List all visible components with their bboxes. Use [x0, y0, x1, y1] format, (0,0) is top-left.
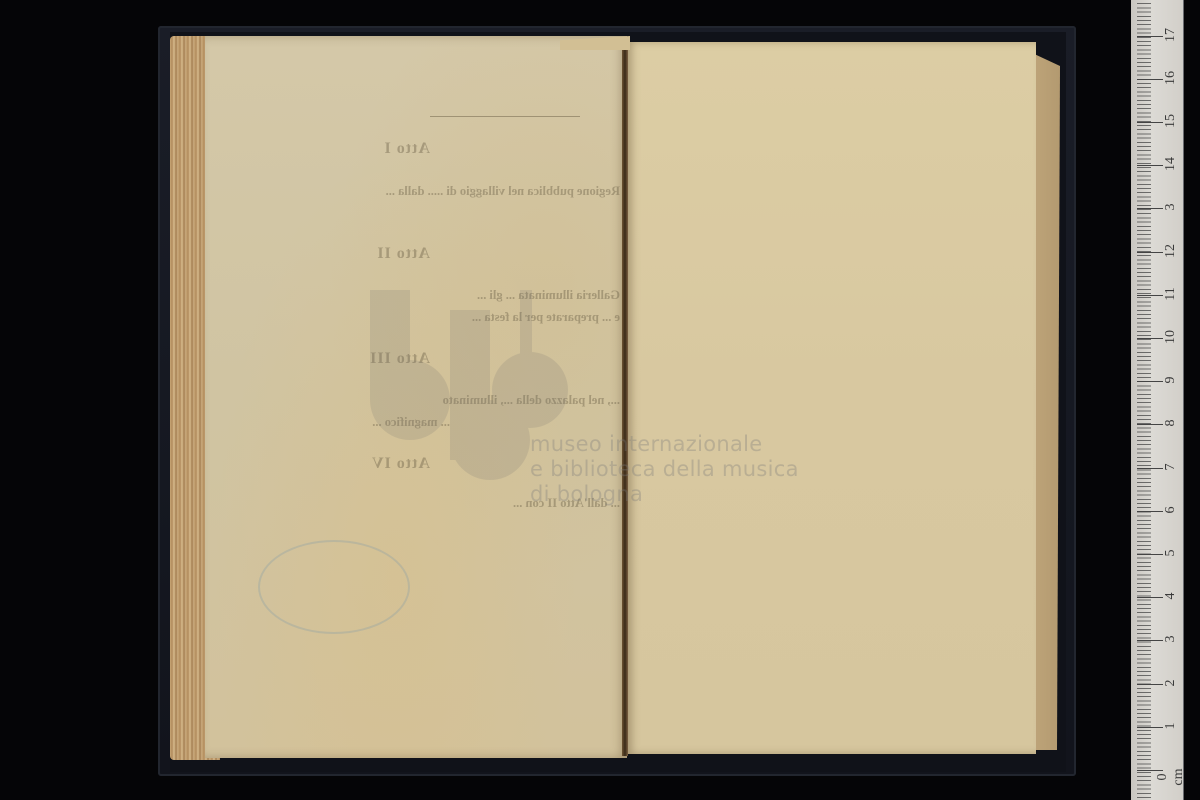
ruler-label: 12: [1163, 241, 1179, 261]
ruler-major-tick: [1137, 295, 1163, 296]
ruler-label: 17: [1163, 25, 1179, 45]
ruler-label: 7: [1163, 457, 1179, 477]
ruler-label: 6: [1163, 500, 1179, 520]
ruler-major-tick: [1137, 684, 1163, 685]
ruler-label: 0 cm: [1155, 767, 1187, 787]
ruler-major-tick: [1137, 122, 1163, 123]
watermark-line: di bologna: [530, 482, 799, 507]
ruler-label: 5: [1163, 543, 1179, 563]
ruler-major-tick: [1137, 165, 1163, 166]
ruler-label: 3: [1163, 197, 1179, 217]
ruler-label: 18: [1163, 0, 1179, 1]
ruler-major-tick: [1137, 727, 1163, 728]
ruler-label: 4: [1163, 586, 1179, 606]
ruler-ticks: [1137, 0, 1163, 800]
ruler-major-tick: [1137, 511, 1163, 512]
ruler-major-tick: [1137, 424, 1163, 425]
watermark-line: museo internazionale: [530, 432, 799, 457]
ruler-label: 16: [1163, 68, 1179, 88]
ruler-label: 15: [1163, 111, 1179, 131]
ruler-label: 10: [1163, 327, 1179, 347]
ruler-major-tick: [1137, 252, 1163, 253]
ruler-label: 8: [1163, 413, 1179, 433]
document-photo: Atto I Regione pubblica nel villaggio di…: [0, 0, 1200, 800]
ruler-label: 9: [1163, 370, 1179, 390]
ruler-major-tick: [1137, 640, 1163, 641]
act-desc: Regione pubblica nel villaggio di ..... …: [386, 184, 620, 199]
book-gutter: [622, 40, 628, 756]
ruler-label: 14: [1163, 154, 1179, 174]
watermark-line: e biblioteca della musica: [530, 457, 799, 482]
ruler-label: 3: [1163, 629, 1179, 649]
ruler-major-tick: [1137, 468, 1163, 469]
act-title: Atto I: [384, 140, 430, 158]
act-title: Atto II: [376, 245, 430, 263]
watermark-text: museo internazionale e biblioteca della …: [530, 432, 799, 507]
ruler-major-tick: [1137, 208, 1163, 209]
ruler-major-tick: [1137, 338, 1163, 339]
library-stamp: [258, 540, 410, 634]
ruler-major-tick: [1137, 597, 1163, 598]
header-rule: [430, 116, 580, 117]
ruler-major-tick: [1137, 36, 1163, 37]
measuring-ruler: 0 cm12345678910111231415161718: [1131, 0, 1183, 800]
ruler-label: 11: [1163, 284, 1179, 304]
right-page: [626, 42, 1036, 754]
ruler-label: 2: [1163, 673, 1179, 693]
ruler-label: 1: [1163, 716, 1179, 736]
ruler-major-tick: [1137, 381, 1163, 382]
ruler-major-tick: [1137, 554, 1163, 555]
ruler-major-tick: [1137, 79, 1163, 80]
